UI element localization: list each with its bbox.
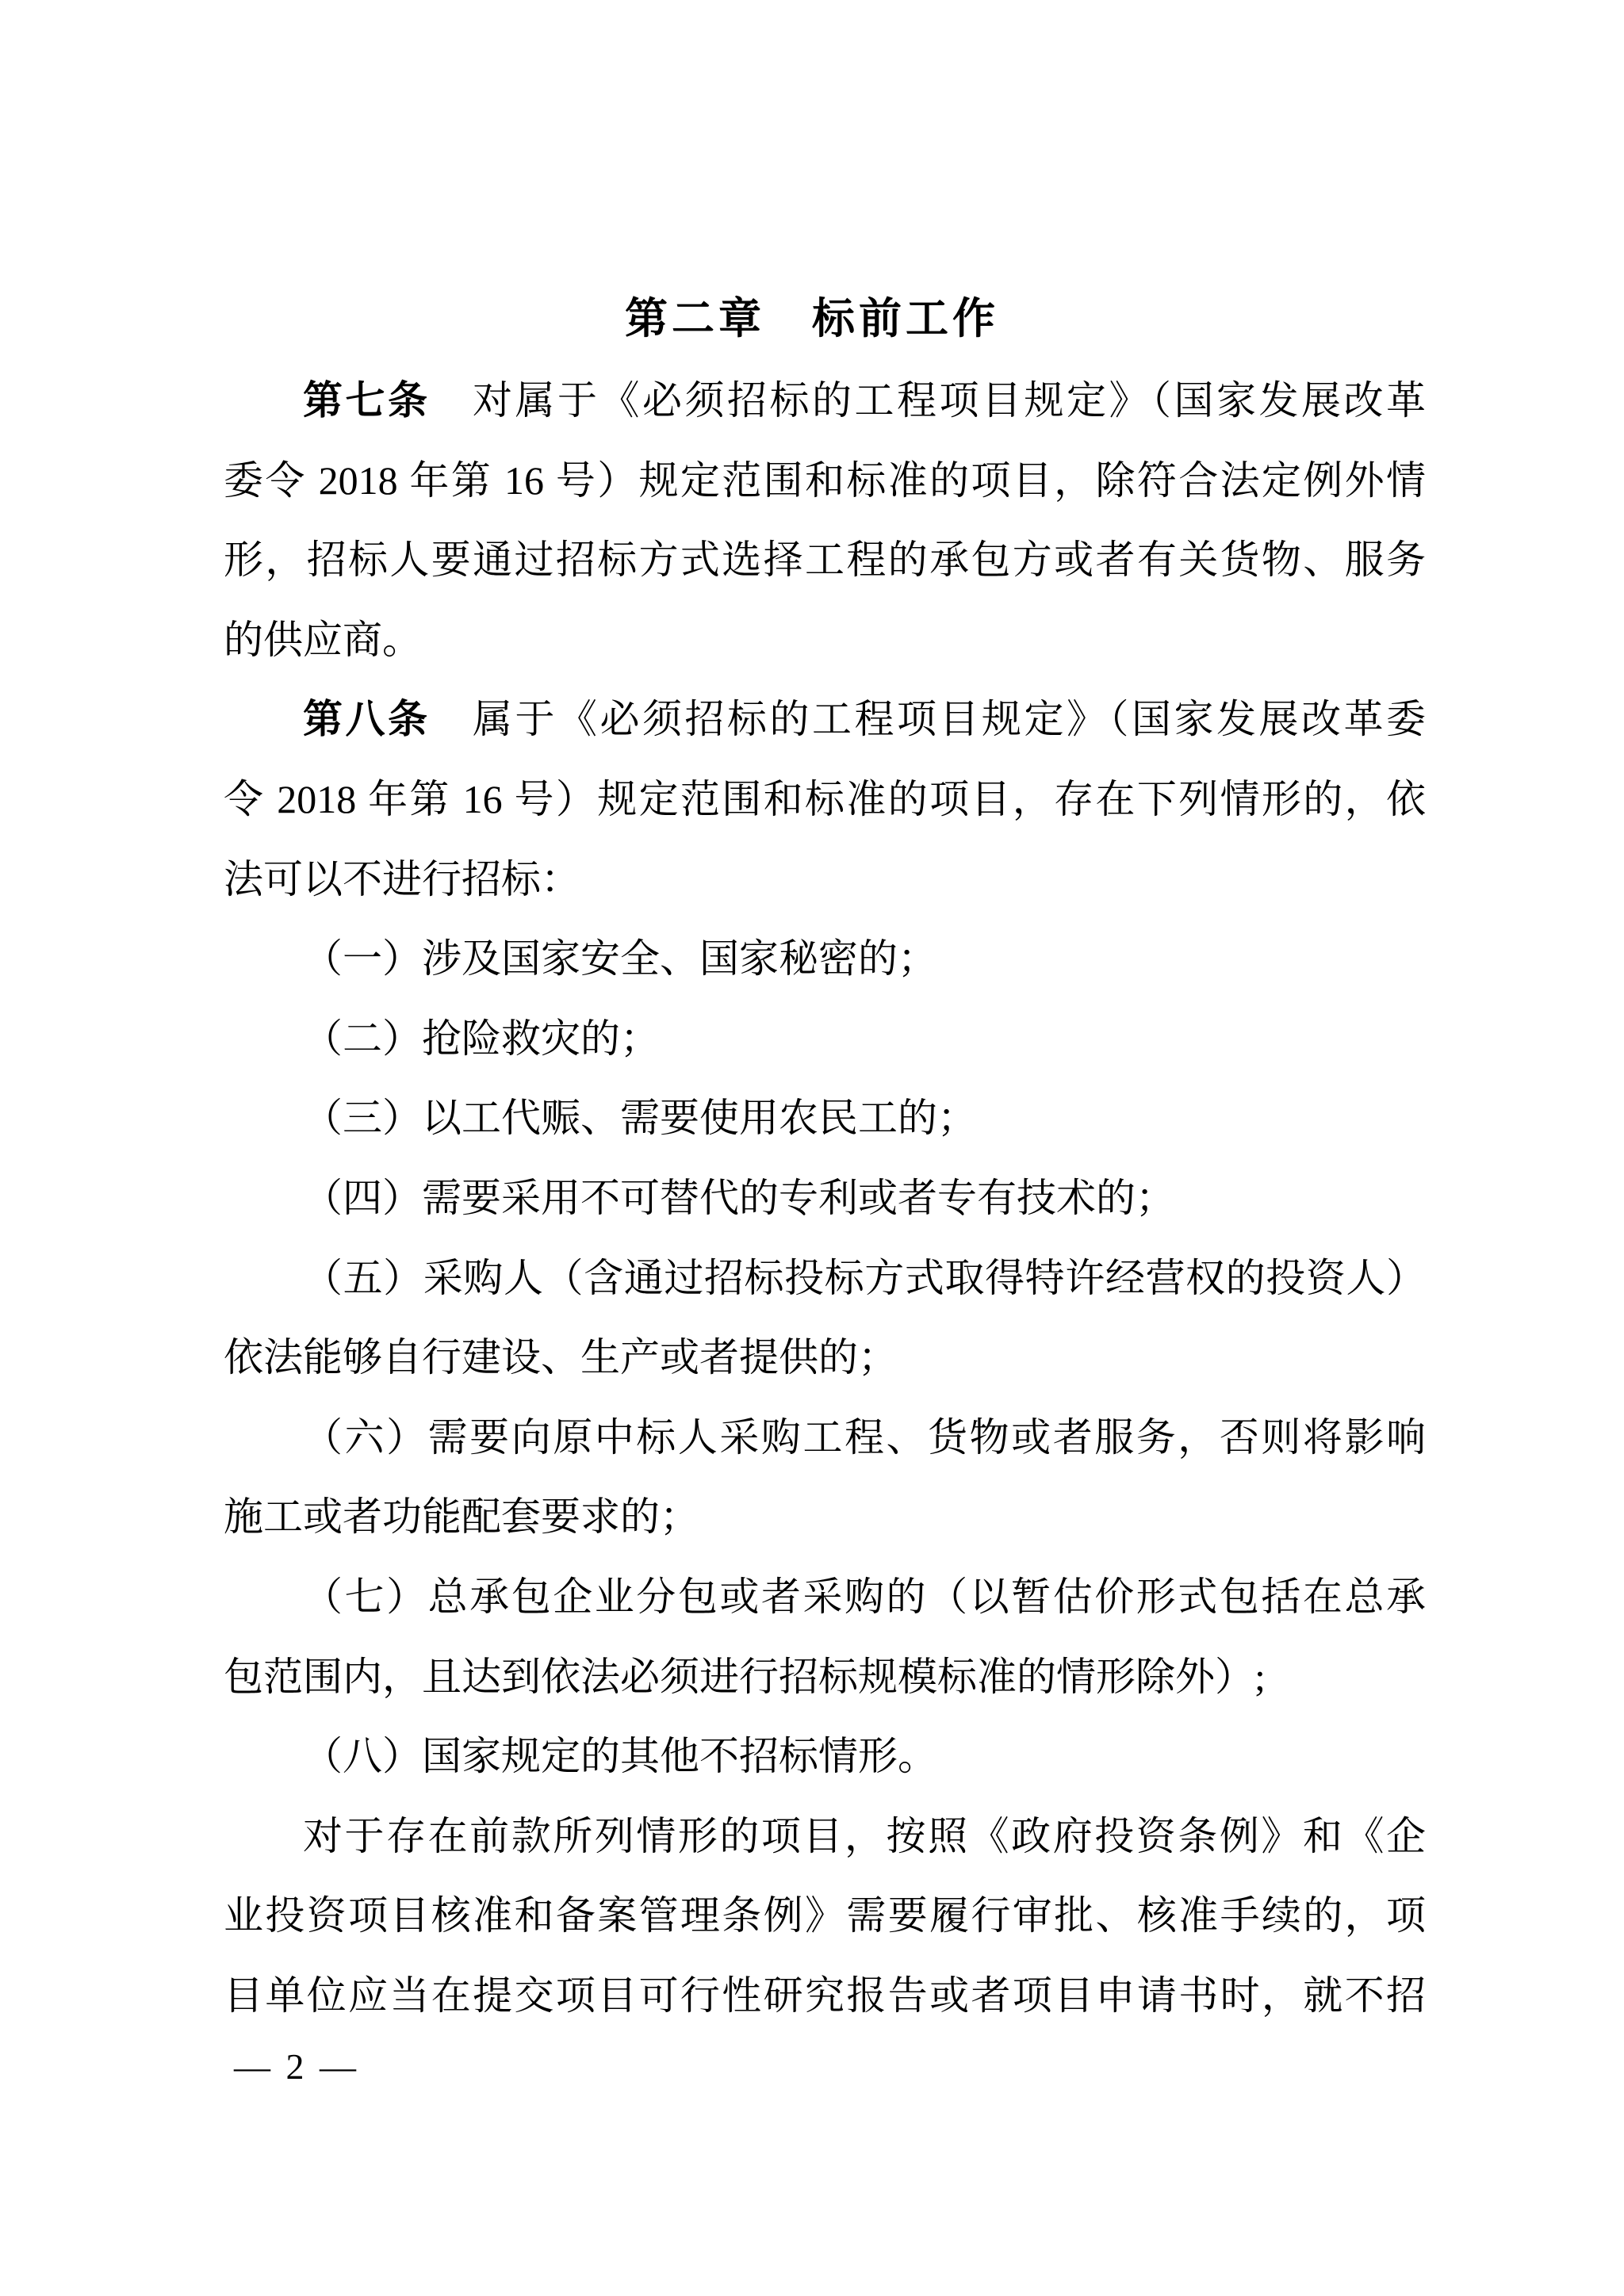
article-label: 第七条 <box>303 378 431 423</box>
text-line: （八）国家规定的其他不招标情形。 <box>224 1716 1426 1797</box>
page-number: — 2 — <box>234 2047 359 2087</box>
chapter-title: 第二章 标前工作 <box>0 295 1624 342</box>
text-line: 第八条 属于《必须招标的工程项目规定》（国家发展改革委 <box>224 679 1426 760</box>
document-body: 第七条 对属于《必须招标的工程项目规定》（国家发展改革委令 2018 年第 16… <box>224 361 1426 2035</box>
text-line: 的供应商。 <box>224 600 1426 680</box>
text-line: 目单位应当在提交项目可行性研究报告或者项目申请书时，就不招 <box>224 1956 1426 2036</box>
text-line: 形，招标人要通过招标方式选择工程的承包方或者有关货物、服务 <box>224 520 1426 600</box>
text-line: （四）需要采用不可替代的专利或者专有技术的； <box>224 1158 1426 1238</box>
text-line: 第七条 对属于《必须招标的工程项目规定》（国家发展改革 <box>224 361 1426 441</box>
text-line: 法可以不进行招标： <box>224 840 1426 920</box>
text-line: （一）涉及国家安全、国家秘密的； <box>224 919 1426 999</box>
text-line: 业投资项目核准和备案管理条例》需要履行审批、核准手续的，项 <box>224 1876 1426 1956</box>
text-line: 依法能够自行建设、生产或者提供的； <box>224 1318 1426 1398</box>
article-label: 第八条 <box>303 697 431 741</box>
text-line: 委令 2018 年第 16 号）规定范围和标准的项目，除符合法定例外情 <box>224 441 1426 521</box>
text-line: 对于存在前款所列情形的项目，按照《政府投资条例》和《企 <box>224 1797 1426 1877</box>
text-line: （二）抢险救灾的； <box>224 999 1426 1079</box>
text-line: 包范围内，且达到依法必须进行招标规模标准的情形除外）; <box>224 1637 1426 1717</box>
text-line: （五）采购人（含通过招标投标方式取得特许经营权的投资人） <box>224 1238 1426 1318</box>
text-line: （六）需要向原中标人采购工程、货物或者服务，否则将影响 <box>224 1398 1426 1478</box>
text-line: （七）总承包企业分包或者采购的（以暂估价形式包括在总承 <box>224 1557 1426 1637</box>
document-page: 第二章 标前工作 第七条 对属于《必须招标的工程项目规定》（国家发展改革委令 2… <box>0 0 1624 2296</box>
text-line: 施工或者功能配套要求的； <box>224 1477 1426 1557</box>
text-line: 令 2018 年第 16 号）规定范围和标准的项目，存在下列情形的，依 <box>224 760 1426 840</box>
text-line: （三）以工代赈、需要使用农民工的； <box>224 1078 1426 1158</box>
